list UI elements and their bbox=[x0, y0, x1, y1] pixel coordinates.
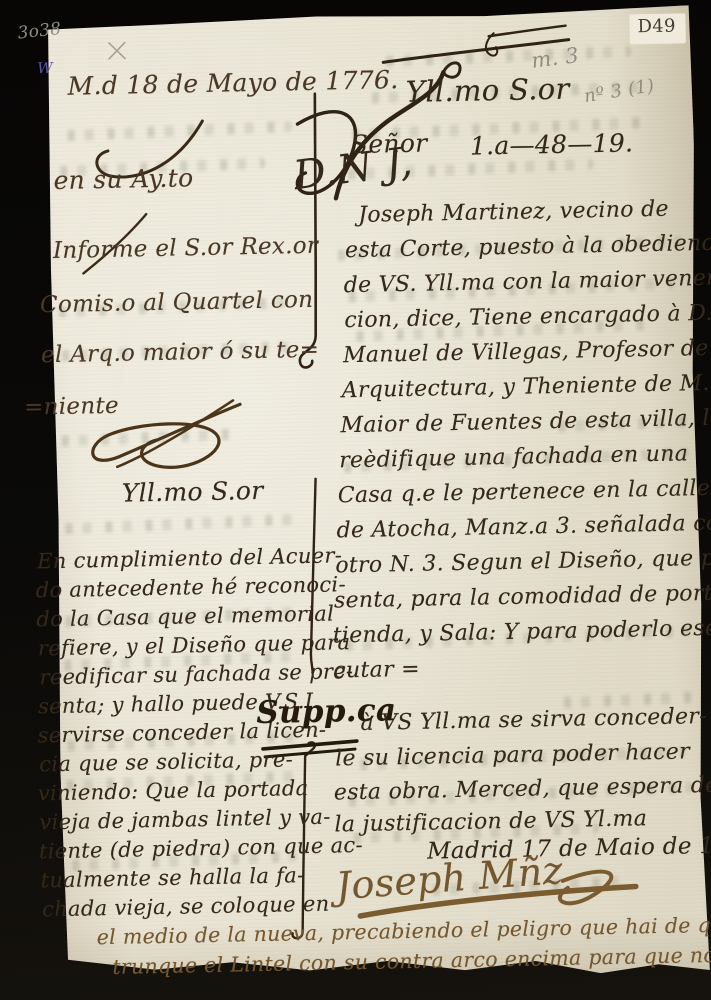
paper-sheet-group: 3o38 W D49 m. 3 nº 3 (1) M.d 18 de Mayo … bbox=[0, 0, 711, 1000]
decree-line: =niente bbox=[24, 393, 119, 421]
decree-line: el Arq.o maior ó su te= bbox=[41, 337, 320, 369]
report-salutation: Yll.mo S.or bbox=[122, 476, 264, 508]
decree-line: Comis.o al Quartel con bbox=[40, 287, 314, 318]
blue-initial-mark: W bbox=[37, 59, 53, 77]
petition-salutation: Yll.mo S.or bbox=[405, 72, 569, 109]
decree-session-note: en su Ay.to bbox=[53, 163, 193, 195]
corner-code: D49 bbox=[637, 15, 676, 37]
manuscript-photo: 3o38 W D49 m. 3 nº 3 (1) M.d 18 de Mayo … bbox=[0, 0, 711, 1000]
reference-number: 1.a—48—19. bbox=[470, 128, 634, 160]
decree-line: Informe el S.or Rex.or bbox=[53, 233, 319, 264]
petition-line: cutar = bbox=[333, 657, 420, 684]
report-line: cia que se solicita, pre- bbox=[39, 747, 293, 776]
